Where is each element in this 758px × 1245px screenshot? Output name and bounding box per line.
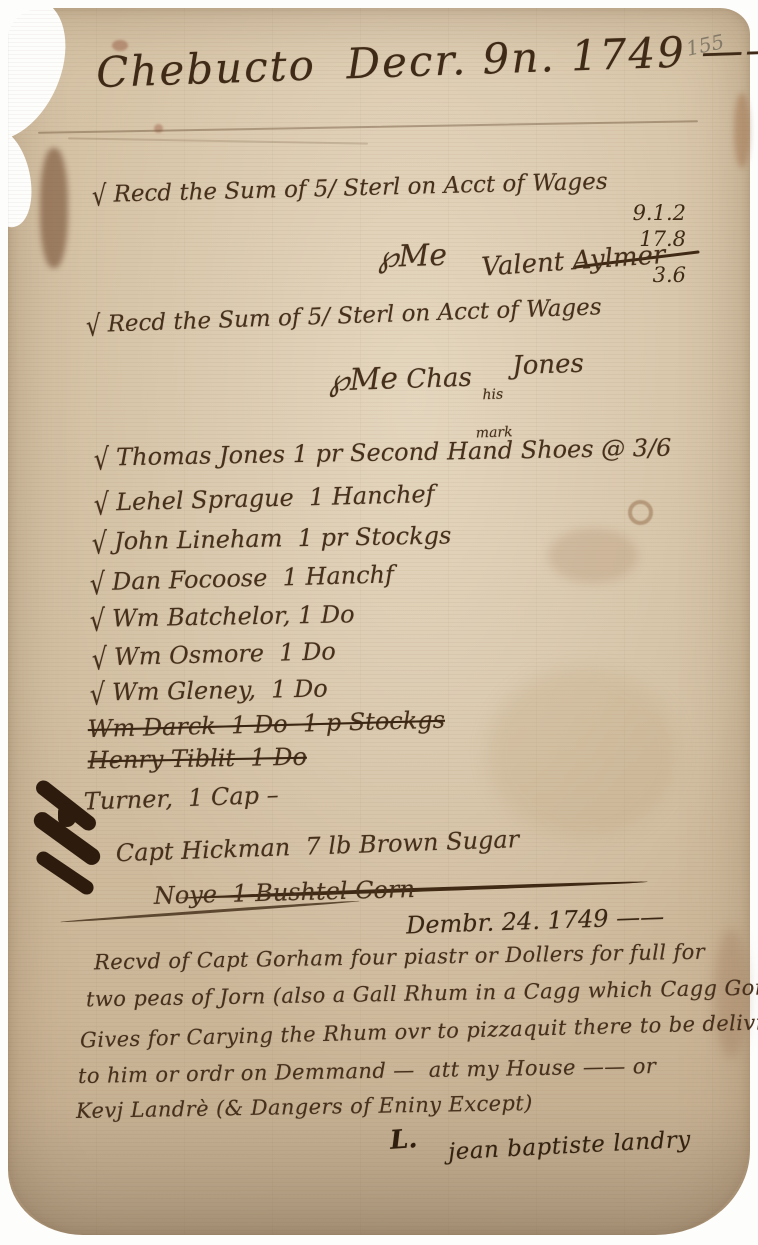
sum-total: 3.6 — [606, 262, 686, 288]
torn-edge — [0, 124, 40, 233]
checkmark-icon: √ — [86, 312, 102, 344]
water-stain — [548, 528, 638, 583]
signature-jones-last: Jones — [512, 349, 585, 380]
manuscript-page: 155 Chebucto Decr. 9n. 1749 —— √Recd the… — [8, 8, 750, 1235]
pen-stroke — [68, 137, 368, 144]
per-mark: ℘Me — [328, 361, 399, 398]
ledger-entry: Noye 1 Bushtel Corn — [153, 875, 415, 910]
bottom-shading — [8, 1105, 750, 1235]
sum-line-b: 17.8 — [606, 226, 686, 252]
memo-line: two peas of Jorn (also a Gall Rhum in a … — [86, 976, 758, 1012]
ink-blot — [58, 803, 76, 827]
ledger-row: Noye 1 Bushtel Corn — [107, 850, 416, 937]
receipt-text: Recd the Sum of 5/ Sterl on Acct of Wage… — [113, 169, 608, 208]
his-label: his — [482, 387, 503, 402]
memo-line: to him or ordr on Demmand — att my House… — [78, 1055, 657, 1088]
signature-landry: jean baptiste landry — [448, 1128, 692, 1166]
signature-jones-first: Chas — [406, 362, 472, 394]
memo-line: Recvd of Capt Gorham four piastr or Doll… — [94, 941, 705, 975]
signature-flourish: L. — [389, 1125, 418, 1155]
sum-column: 9.1.2 17.8 — [606, 200, 686, 253]
memo-line: Gives for Carying the Rhum ovr to pizzaq… — [80, 1011, 758, 1053]
checkmark-icon: √ — [92, 182, 107, 214]
scan-background: 155 Chebucto Decr. 9n. 1749 —— √Recd the… — [0, 0, 758, 1245]
memo-date: Dembr. 24. 1749 —— — [406, 904, 665, 939]
ring-stain — [628, 500, 653, 525]
pen-stroke — [38, 120, 698, 134]
sum-line-a: 9.1.2 — [606, 200, 686, 226]
sum-total-wrap: 3.6 — [606, 262, 686, 288]
page-title: Chebucto Decr. 9n. 1749 —— — [95, 26, 758, 96]
edge-smear — [734, 93, 750, 168]
memo-line: Kevj Landrè (& Dangers of Eniny Except) — [76, 1092, 533, 1123]
per-mark: ℘Me — [377, 237, 448, 274]
